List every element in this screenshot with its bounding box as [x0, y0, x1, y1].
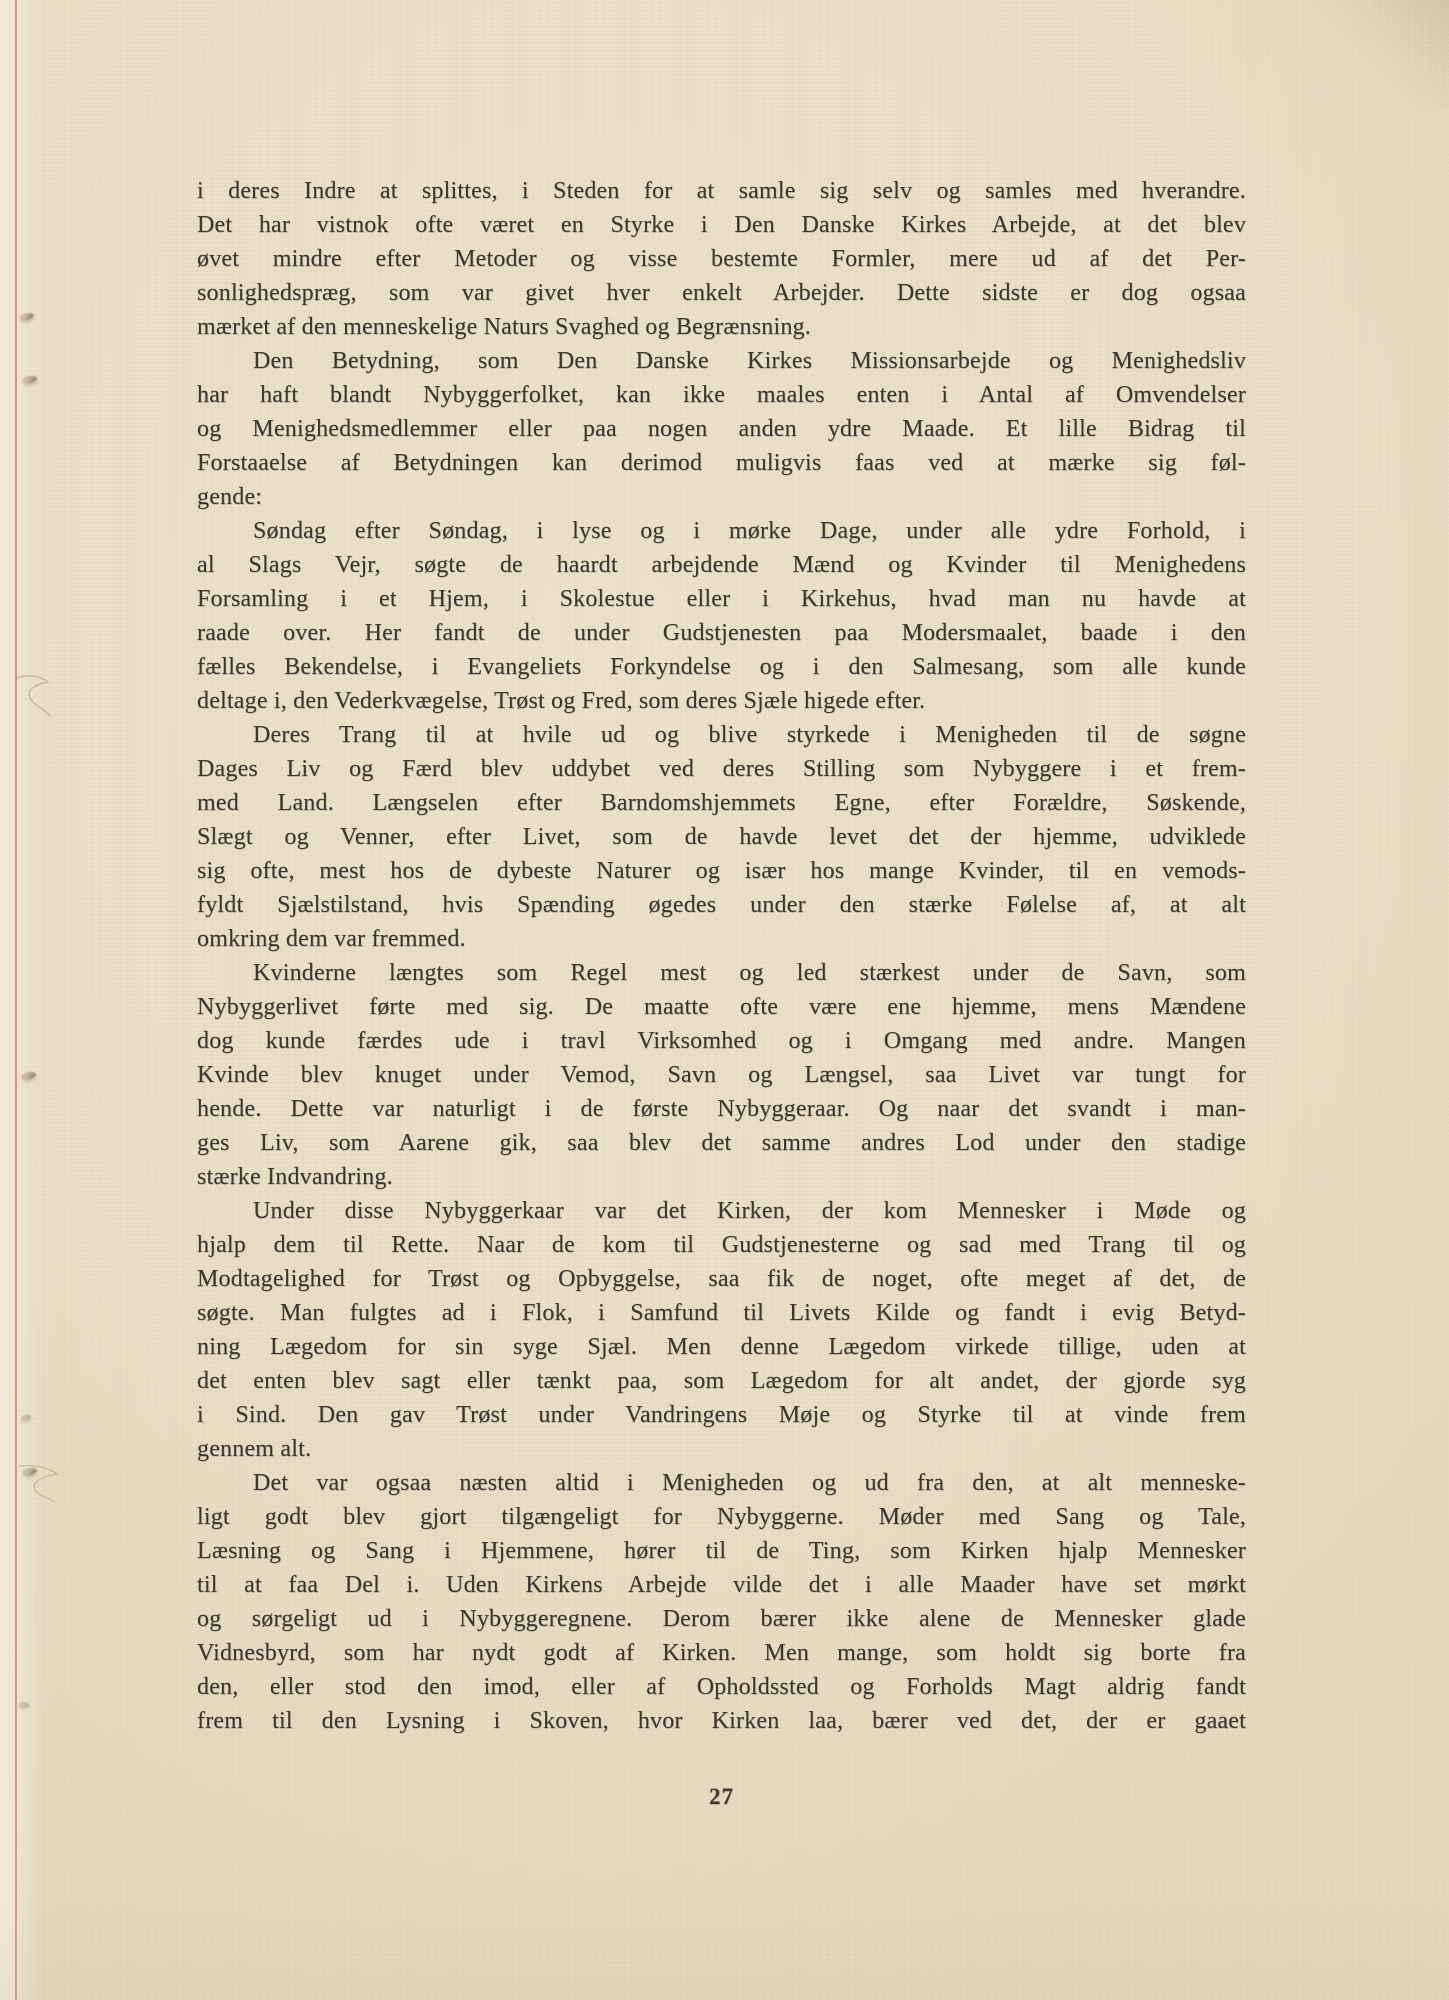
text-line: Slægt og Venner, efter Livet, som de hav…: [197, 820, 1246, 854]
text-line: Den Betydning, som Den Danske Kirkes Mis…: [197, 344, 1246, 378]
bottom-edge-shade: [0, 1880, 1449, 2000]
text-line: Deres Trang til at hvile ud og blive sty…: [197, 718, 1246, 752]
text-line: Modtagelighed for Trøst og Opbyggelse, s…: [197, 1262, 1246, 1296]
paper-fiber: [14, 672, 54, 718]
body-text: i deres Indre at splittes, i Steden for …: [197, 174, 1246, 1738]
text-line: sig ofte, mest hos de dybeste Naturer og…: [197, 854, 1246, 888]
scanned-book-page: i deres Indre at splittes, i Steden for …: [0, 0, 1449, 2000]
text-line: frem til den Lysning i Skoven, hvor Kirk…: [197, 1704, 1246, 1738]
text-line: Kvinde blev knuget under Vemod, Savn og …: [197, 1058, 1246, 1092]
text-line: ges Liv, som Aarene gik, saa blev det sa…: [197, 1126, 1246, 1160]
text-line: mærket af den menneskelige Naturs Svaghe…: [197, 310, 1246, 344]
text-line: gennem alt.: [197, 1432, 1246, 1466]
text-line: ligt godt blev gjort tilgængeligt for Ny…: [197, 1500, 1246, 1534]
text-line: deltage i, den Vederkvægelse, Trøst og F…: [197, 684, 1246, 718]
text-line: gende:: [197, 480, 1246, 514]
text-line: Forstaaelse af Betydningen kan derimod m…: [197, 446, 1246, 480]
page-number: 27: [197, 1784, 1246, 1810]
text-line: Søndag efter Søndag, i lyse og i mørke D…: [197, 514, 1246, 548]
text-line: Læsning og Sang i Hjemmene, hører til de…: [197, 1534, 1246, 1568]
text-line: det enten blev sagt eller tænkt paa, som…: [197, 1364, 1246, 1398]
text-line: omkring dem var fremmed.: [197, 922, 1246, 956]
text-line: Nybyggerlivet førte med sig. De maatte o…: [197, 990, 1246, 1024]
text-line: Det var ogsaa næsten altid i Menigheden …: [197, 1466, 1246, 1500]
text-line: Dages Liv og Færd blev uddybet ved deres…: [197, 752, 1246, 786]
text-line: raade over. Her fandt de under Gudstjene…: [197, 616, 1246, 650]
text-line: fælles Bekendelse, i Evangeliets Forkynd…: [197, 650, 1246, 684]
text-line: fyldt Sjælstilstand, hvis Spænding øgede…: [197, 888, 1246, 922]
page-gutter-strip: [0, 0, 15, 2000]
gutter-soft-shadow: [17, 0, 43, 2000]
text-line: dog kunde færdes ude i travl Virksomhed …: [197, 1024, 1246, 1058]
text-line: og Menighedsmedlemmer eller paa nogen an…: [197, 412, 1246, 446]
text-line: hende. Dette var naturligt i de første N…: [197, 1092, 1246, 1126]
corner-fold-shadow: [1299, 0, 1449, 110]
text-line: sonlighedspræg, som var givet hver enkel…: [197, 276, 1246, 310]
text-line: øvet mindre efter Metoder og visse beste…: [197, 242, 1246, 276]
text-line: stærke Indvandring.: [197, 1160, 1246, 1194]
text-line: al Slags Vejr, søgte de haardt arbejdend…: [197, 548, 1246, 582]
text-line: i deres Indre at splittes, i Steden for …: [197, 174, 1246, 208]
text-line: den, eller stod den imod, eller af Ophol…: [197, 1670, 1246, 1704]
text-line: ning Lægedom for sin syge Sjæl. Men denn…: [197, 1330, 1246, 1364]
text-line: Det har vistnok ofte været en Styrke i D…: [197, 208, 1246, 242]
text-line: Vidnesbyrd, som har nydt godt af Kirken.…: [197, 1636, 1246, 1670]
text-line: Under disse Nybyggerkaar var det Kirken,…: [197, 1194, 1246, 1228]
text-line: med Land. Længselen efter Barndomshjemme…: [197, 786, 1246, 820]
paper-fiber: [15, 1462, 61, 1504]
text-line: i Sind. Den gav Trøst under Vandringens …: [197, 1398, 1246, 1432]
text-line: og sørgeligt ud i Nybyggeregnene. Derom …: [197, 1602, 1246, 1636]
text-line: Forsamling i et Hjem, i Skolestue eller …: [197, 582, 1246, 616]
text-line: søgte. Man fulgtes ad i Flok, i Samfund …: [197, 1296, 1246, 1330]
text-line: har haft blandt Nybyggerfolket, kan ikke…: [197, 378, 1246, 412]
text-line: til at faa Del i. Uden Kirkens Arbejde v…: [197, 1568, 1246, 1602]
text-line: Kvinderne længtes som Regel mest og led …: [197, 956, 1246, 990]
text-line: hjalp dem til Rette. Naar de kom til Gud…: [197, 1228, 1246, 1262]
